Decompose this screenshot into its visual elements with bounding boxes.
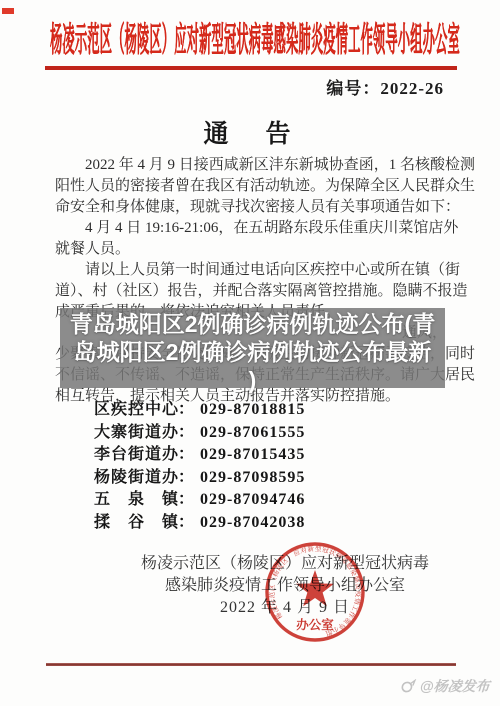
seal-center-label: 办公室 — [296, 617, 334, 632]
body-line: 4 月 4 日 19:16-21:06，在五胡路东段乐佳重庆川菜馆店外 — [55, 218, 447, 239]
letterhead-divider — [45, 66, 457, 70]
photo-edge-red-mark — [2, 8, 14, 14]
doc-number: 编号：2022-26 — [326, 74, 444, 99]
contact-colon: ： — [178, 491, 194, 508]
body-line: 2022 年 4 月 9 日接西咸新区沣东新城协查函，1 名核酸检测 — [55, 155, 447, 176]
body-line: 请以上人员第一时间通过电话向区疾控中心或所在镇（街 — [55, 260, 447, 281]
contact-row: 大寨街道办：029-87061555 — [94, 422, 414, 445]
official-seal: 杨凌示范区（杨陵区）应对新型冠状病毒感染肺炎疫情工作领导小组 办公室 — [263, 540, 367, 644]
subtitle-overlay-line: ) — [60, 366, 445, 394]
contact-colon: ： — [178, 446, 194, 463]
subtitle-overlay-band: 青岛城阳区2例确诊病例轨迹公布(青 岛城阳区2例确诊病例轨迹公布最新 ) — [60, 308, 445, 388]
contact-row: 杨陵街道办：029-87098595 — [94, 467, 414, 490]
notice-photo: 杨凌示范区（杨陵区）应对新型冠状病毒感染肺炎疫情工作领导小组办公室 编号：202… — [0, 0, 500, 706]
body-line: 就餐人员。 — [55, 239, 447, 260]
notice-title: 通 告 — [0, 114, 500, 150]
contact-label: 杨陵街道办 — [94, 467, 178, 490]
contact-label: 大寨街道办 — [94, 422, 178, 445]
watermark-text: @杨凌发布 — [420, 676, 491, 696]
contact-phone-number: 029-87098595 — [200, 469, 305, 486]
contact-row: 五泉镇：029-87094746 — [94, 489, 414, 512]
letterhead-org-name: 杨凌示范区（杨陵区）应对新型冠状病毒感染肺炎疫情工作领导小组办公室 — [50, 20, 460, 62]
contact-phone-number: 029-87061555 — [200, 424, 305, 441]
contact-list: 区疾控中心：029-87018815 大寨街道办：029-87061555 李台… — [94, 399, 414, 534]
contact-phone-number: 029-87042038 — [200, 514, 305, 531]
contact-label: 五泉镇 — [94, 489, 178, 512]
watermark-icon — [400, 679, 417, 693]
body-line: 道）、村（社区）报告，并配合落实隔离管控措施。隐瞒不报造 — [55, 281, 447, 302]
contact-phone-number: 029-87018815 — [200, 401, 305, 418]
contact-row: 揉谷镇：029-87042038 — [94, 512, 414, 535]
contact-label: 李台街道办 — [94, 444, 178, 467]
subtitle-overlay-line: 岛城阳区2例确诊病例轨迹公布最新 — [60, 338, 445, 366]
contact-colon: ： — [178, 514, 194, 531]
contact-label: 区疾控中心 — [94, 399, 178, 422]
contact-colon: ： — [178, 401, 194, 418]
footer-red-rule — [46, 663, 456, 666]
body-line: 阳性人员的密接者曾在我区有活动轨迹。为保障全区人民群众生 — [55, 176, 447, 197]
contact-row: 李台街道办：029-87015435 — [94, 444, 414, 467]
contact-row: 区疾控中心：029-87018815 — [94, 399, 414, 422]
contact-colon: ： — [178, 424, 194, 441]
letterhead: 杨凌示范区（杨陵区）应对新型冠状病毒感染肺炎疫情工作领导小组办公室 — [50, 20, 450, 62]
subtitle-overlay-line: 青岛城阳区2例确诊病例轨迹公布(青 — [60, 310, 445, 338]
contact-phone-number: 029-87015435 — [200, 446, 305, 463]
watermark: @杨凌发布 — [400, 676, 491, 696]
contact-label: 揉谷镇 — [94, 512, 178, 535]
contact-phone-number: 029-87094746 — [200, 491, 305, 508]
seal-star-icon — [296, 570, 334, 606]
body-line: 命安全和身体健康，现就寻找次密接人员有关事项通告如下： — [55, 197, 447, 218]
contact-colon: ： — [178, 469, 194, 486]
